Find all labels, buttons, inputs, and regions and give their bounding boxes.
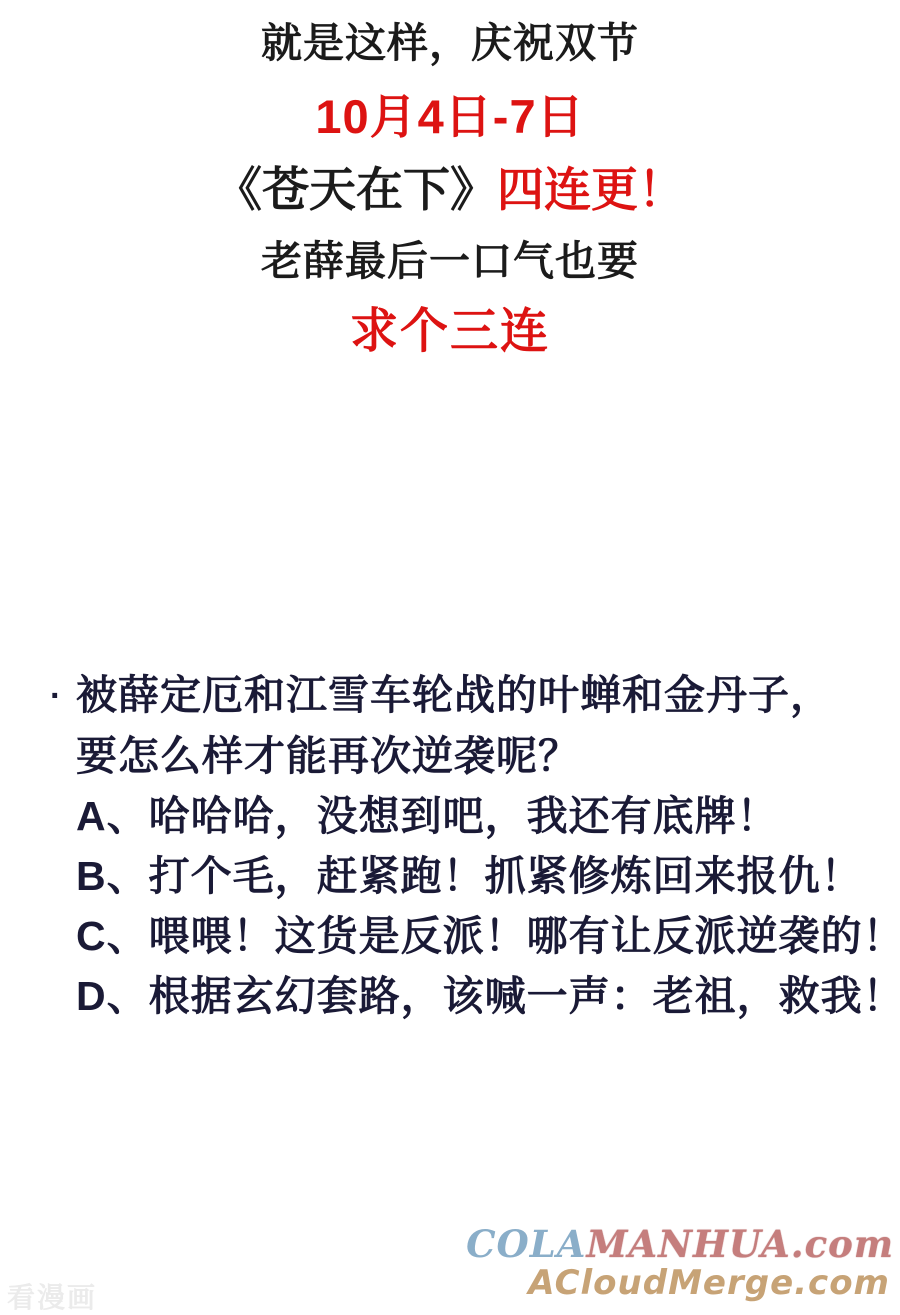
announcement-sanlian-request: 求个三连 (0, 292, 900, 361)
option-a: A、哈哈哈，没想到吧，我还有底牌！ (50, 786, 890, 846)
comic-announcement-page: 就是这样，庆祝双节 10月4日-7日 《苍天在下》四连更！ 老薛最后一口气也要 … (0, 0, 900, 1315)
bullet-dot: · (50, 666, 76, 726)
option-d: D、根据玄幻套路，该喊一声：老祖，救我！ (50, 966, 890, 1026)
option-b: B、打个毛，赶紧跑！抓紧修炼回来报仇！ (50, 846, 890, 906)
question-line-2: 要怎么样才能再次逆袭呢？ (50, 726, 890, 786)
watermark-manhua-domain: MANHUA.com (586, 1222, 894, 1266)
option-c: C、喂喂！这货是反派！哪有让反派逆袭的！ (50, 906, 890, 966)
watermark-kanmanhua: 看漫画 (7, 1276, 97, 1315)
watermark-acloudmerge: ACloudMerge.com (528, 1263, 890, 1303)
watermark-cola-script: COLA (466, 1222, 586, 1266)
series-update-highlight: 四连更！ (497, 163, 685, 216)
announcement-line-celebration: 就是这样，庆祝双节 (0, 10, 900, 69)
quiz-block: ·被薛定厄和江雪车轮战的叶蝉和金丹子， 要怎么样才能再次逆袭呢？ A、哈哈哈，没… (50, 665, 890, 1026)
series-title: 《苍天在下》 (215, 163, 497, 216)
question-line-1: ·被薛定厄和江雪车轮战的叶蝉和金丹子， (50, 665, 890, 726)
question-text-part-1: 被薛定厄和江雪车轮战的叶蝉和金丹子， (76, 672, 832, 718)
announcement-author-plea: 老薛最后一口气也要 (0, 228, 900, 287)
announcement-title-line: 《苍天在下》四连更！ (0, 153, 900, 220)
announcement-date-range: 10月4日-7日 (0, 80, 900, 147)
